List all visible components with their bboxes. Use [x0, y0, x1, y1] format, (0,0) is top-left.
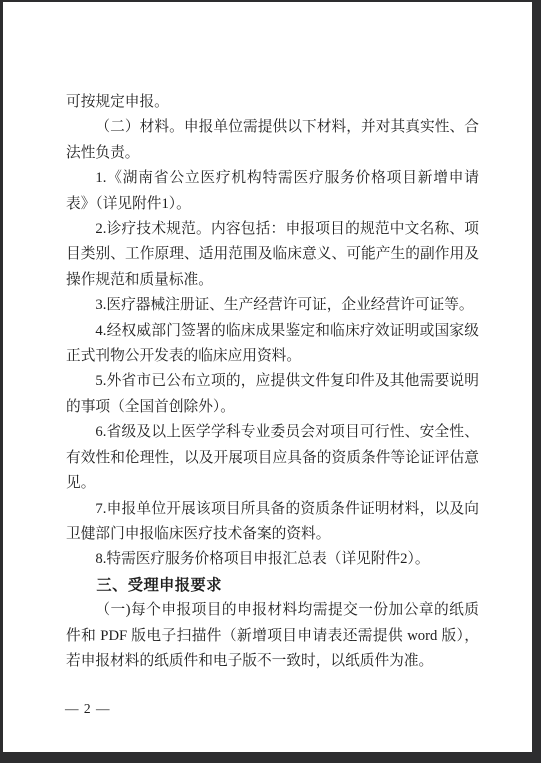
document-page: 可按规定申报。 （二）材料。申报单位需提供以下材料，并对其真实性、合法性负责。 … [3, 2, 532, 752]
list-item-7: 7.申报单位开展该项目所具备的资质条件证明材料，以及向卫健部门申报临床医疗技术备… [66, 497, 479, 548]
list-item-3: 3.医疗器械注册证、生产经营许可证，企业经营许可证等。 [66, 293, 479, 318]
paragraph-materials-intro: （二）材料。申报单位需提供以下材料，并对其真实性、合法性负责。 [66, 115, 479, 166]
document-body: 可按规定申报。 （二）材料。申报单位需提供以下材料，并对其真实性、合法性负责。 … [66, 90, 479, 674]
page-number: — 2 — [65, 701, 111, 717]
list-item-5: 5.外省市已公布立项的，应提供文件复印件及其他需要说明的事项（全国首创除外）。 [66, 369, 479, 420]
paragraph-continuation: 可按规定申报。 [66, 90, 479, 115]
list-item-8: 8.特需医疗服务价格项目申报汇总表（详见附件2）。 [66, 547, 479, 572]
list-item-4: 4.经权威部门签署的临床成果鉴定和临床疗效证明或国家级正式刊物公开发表的临床应用… [66, 319, 479, 370]
list-item-6: 6.省级及以上医学学科专业委员会对项目可行性、安全性、有效性和伦理性，以及开展项… [66, 420, 479, 496]
list-item-1: 1.《湖南省公立医疗机构特需医疗服务价格项目新增申请表》（详见附件1）。 [66, 166, 479, 217]
section-heading-acceptance-requirements: 三、受理申报要求 [66, 573, 479, 598]
list-item-2: 2.诊疗技术规范。内容包括：申报项目的规范中文名称、项目类别、工作原理、适用范围… [66, 217, 479, 293]
paragraph-acceptance-requirement-1: （一)每个申报项目的申报材料均需提交一份加公章的纸质件和 PDF 版电子扫描件（… [66, 598, 479, 674]
